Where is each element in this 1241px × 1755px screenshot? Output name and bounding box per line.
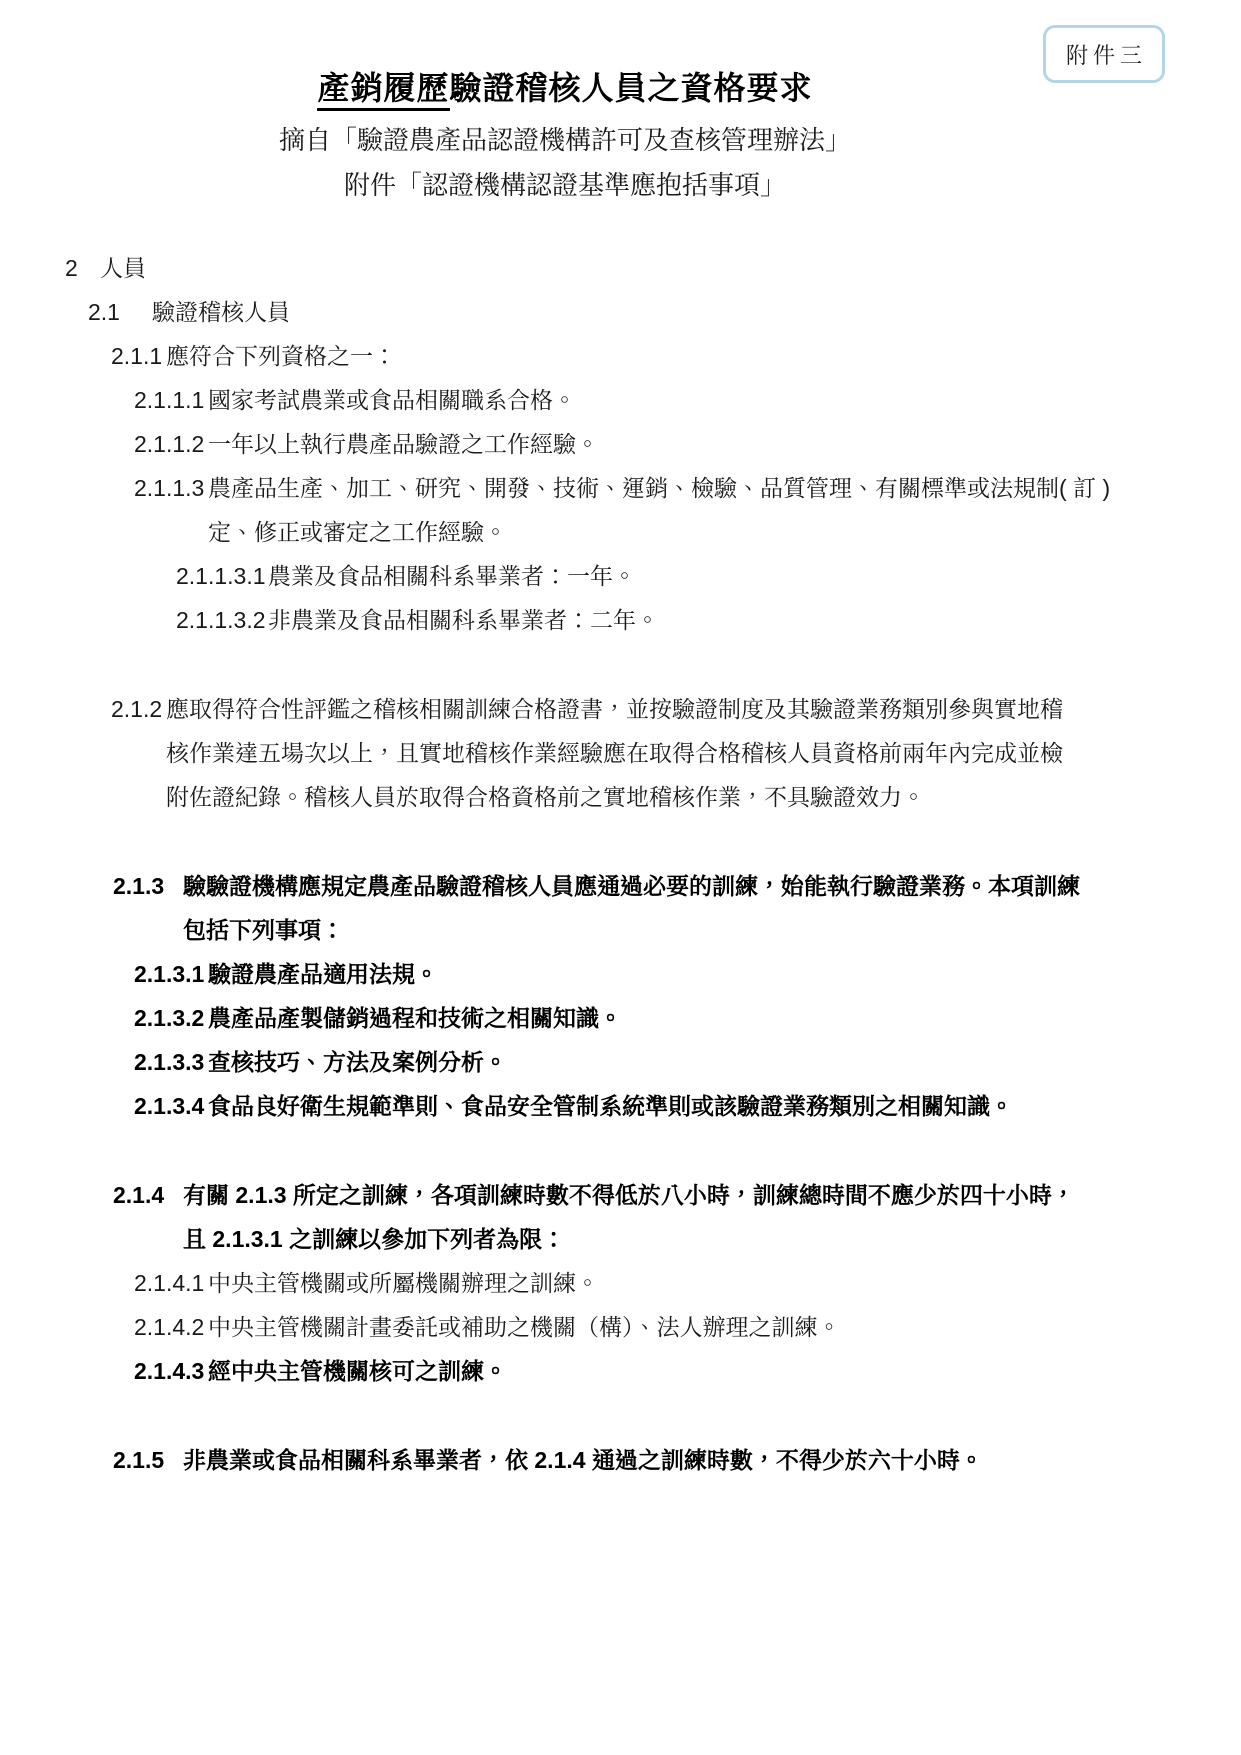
section-line: 農產品產製儲銷過程和技術之相關知識。 <box>208 996 1146 1040</box>
section-number: 2.1.4.3 <box>134 1349 204 1393</box>
title-underlined-text: 產銷履歷 <box>317 70 449 111</box>
section-line: 查核技巧、方法及案例分析。 <box>208 1040 1146 1084</box>
section-row: 2.1.1.3 農產品生產、加工、研究、開發、技術、運銷、檢驗、品質管理、有關標… <box>0 466 1241 554</box>
section-line: 包括下列事項： <box>183 908 1146 952</box>
section-line: 定、修正或審定之工作經驗。 <box>208 510 1146 554</box>
section-line: 應符合下列資格之一： <box>166 334 1146 378</box>
document-title: 產銷履歷驗證稽核人員之資格要求 <box>0 66 1130 110</box>
section-number: 2.1.1.3.1 <box>176 554 266 598</box>
section-row: 2 人員 <box>0 246 1241 290</box>
section-lines: 人員 <box>100 246 1146 290</box>
section-line: 驗驗證機構應規定農產品驗證稽核人員應通過必要的訓練，始能執行驗證業務。本項訓練 <box>183 864 1146 908</box>
section-line: 食品良好衛生規範準則、食品安全管制系統準則或該驗證業務類別之相關知識。 <box>208 1084 1146 1128</box>
section-lines: 農產品生產、加工、研究、開發、技術、運銷、檢驗、品質管理、有關標準或法規制( 訂… <box>208 466 1146 554</box>
section-row: 2.1.1.3.1 農業及食品相關科系畢業者：一年。 <box>0 554 1241 598</box>
section-line: 應取得符合性評鑑之稽核相關訓練合格證書，並按驗證制度及其驗證業務類別參與實地稽 <box>166 687 1146 731</box>
section-lines: 驗證農產品適用法規。 <box>208 952 1146 996</box>
section-lines: 經中央主管機關核可之訓練。 <box>208 1349 1146 1393</box>
section-line: 農產品生產、加工、研究、開發、技術、運銷、檢驗、品質管理、有關標準或法規制( 訂… <box>208 466 1146 510</box>
document-page: 附件三 產銷履歷驗證稽核人員之資格要求 摘自「驗證農產品認證機構許可及查核管理辦… <box>0 0 1241 1755</box>
section-number: 2.1.3.1 <box>134 952 204 996</box>
section-row: 2.1.1 應符合下列資格之一： <box>0 334 1241 378</box>
section-line: 非農業或食品相關科系畢業者，依 2.1.4 通過之訓練時數，不得少於六十小時。 <box>183 1438 1146 1482</box>
section-line: 驗證農產品適用法規。 <box>208 952 1146 996</box>
section-lines: 農產品產製儲銷過程和技術之相關知識。 <box>208 996 1146 1040</box>
section-lines: 查核技巧、方法及案例分析。 <box>208 1040 1146 1084</box>
section-row: 2.1.3 驗驗證機構應規定農產品驗證稽核人員應通過必要的訓練，始能執行驗證業務… <box>0 864 1241 952</box>
section-line: 農業及食品相關科系畢業者：一年。 <box>268 554 1146 598</box>
section-line: 國家考試農業或食品相關職系合格。 <box>208 378 1146 422</box>
section-row: 2.1.3.4 食品良好衛生規範準則、食品安全管制系統準則或該驗證業務類別之相關… <box>0 1084 1241 1128</box>
section-line: 非農業及食品相關科系畢業者：二年。 <box>268 598 1146 642</box>
title-block: 產銷履歷驗證稽核人員之資格要求 摘自「驗證農產品認證機構許可及查核管理辦法」 附… <box>0 0 1130 204</box>
document-body: 2 人員 2.1 驗證稽核人員 2.1.1 應符合下列資格之一： 2.1.1.1… <box>0 246 1241 1482</box>
section-row: 2.1.1.2 一年以上執行農產品驗證之工作經驗。 <box>0 422 1241 466</box>
section-number: 2.1.4 <box>113 1173 164 1217</box>
document-subtitle-source: 摘自「驗證農產品認證機構許可及查核管理辦法」 <box>0 121 1130 159</box>
section-row: 2.1.4 有關 2.1.3 所定之訓練，各項訓練時數不得低於八小時，訓練總時間… <box>0 1173 1241 1261</box>
section-row: 2.1.4.2 中央主管機關計畫委託或補助之機關（構）、法人辦理之訓練。 <box>0 1305 1241 1349</box>
section-number: 2.1.1 <box>111 334 162 378</box>
section-number: 2.1.1.3.2 <box>176 598 266 642</box>
section-line: 一年以上執行農產品驗證之工作經驗。 <box>208 422 1146 466</box>
section-row: 2.1.4.1 中央主管機關或所屬機關辦理之訓練。 <box>0 1261 1241 1305</box>
section-number: 2.1.1.3 <box>134 466 204 510</box>
attachment-tag-box: 附件三 <box>1043 25 1165 83</box>
section-line: 人員 <box>100 246 1146 290</box>
section-line: 附佐證紀錄。稽核人員於取得合格資格前之實地稽核作業，不具驗證效力。 <box>166 775 1146 819</box>
section-row: 2.1 驗證稽核人員 <box>0 290 1241 334</box>
section-line: 核作業達五場次以上，且實地稽核作業經驗應在取得合格稽核人員資格前兩年內完成並檢 <box>166 731 1146 775</box>
section-row: 2.1.3.2 農產品產製儲銷過程和技術之相關知識。 <box>0 996 1241 1040</box>
section-row: 2.1.2 應取得符合性評鑑之稽核相關訓練合格證書，並按驗證制度及其驗證業務類別… <box>0 687 1241 819</box>
section-lines: 非農業或食品相關科系畢業者，依 2.1.4 通過之訓練時數，不得少於六十小時。 <box>183 1438 1146 1482</box>
section-number: 2.1.3.3 <box>134 1040 204 1084</box>
section-number: 2.1.3.2 <box>134 996 204 1040</box>
attachment-tag-label: 附件三 <box>1061 39 1147 70</box>
section-lines: 一年以上執行農產品驗證之工作經驗。 <box>208 422 1146 466</box>
section-row: 2.1.3.3 查核技巧、方法及案例分析。 <box>0 1040 1241 1084</box>
section-number: 2.1 <box>88 290 120 334</box>
section-number: 2.1.3 <box>113 864 164 908</box>
section-line: 有關 2.1.3 所定之訓練，各項訓練時數不得低於八小時，訓練總時間不應少於四十… <box>183 1173 1146 1217</box>
title-rest-text: 驗證稽核人員之資格要求 <box>450 70 813 106</box>
section-lines: 應取得符合性評鑑之稽核相關訓練合格證書，並按驗證制度及其驗證業務類別參與實地稽核… <box>166 687 1146 819</box>
document-subtitle-attachment: 附件「認證機構認證基準應抱括事項」 <box>0 166 1130 204</box>
section-number: 2.1.1.1 <box>134 378 204 422</box>
section-number: 2.1.2 <box>111 687 162 731</box>
section-number: 2.1.4.1 <box>134 1261 204 1305</box>
section-number: 2.1.1.2 <box>134 422 204 466</box>
section-number: 2.1.5 <box>113 1438 164 1482</box>
section-line: 且 2.1.3.1 之訓練以參加下列者為限： <box>183 1217 1146 1261</box>
section-line: 經中央主管機關核可之訓練。 <box>208 1349 1146 1393</box>
section-row: 2.1.1.3.2 非農業及食品相關科系畢業者：二年。 <box>0 598 1241 642</box>
section-row: 2.1.5 非農業或食品相關科系畢業者，依 2.1.4 通過之訓練時數，不得少於… <box>0 1438 1241 1482</box>
section-lines: 中央主管機關或所屬機關辦理之訓練。 <box>208 1261 1146 1305</box>
section-lines: 國家考試農業或食品相關職系合格。 <box>208 378 1146 422</box>
section-lines: 應符合下列資格之一： <box>166 334 1146 378</box>
section-lines: 有關 2.1.3 所定之訓練，各項訓練時數不得低於八小時，訓練總時間不應少於四十… <box>183 1173 1146 1261</box>
section-number: 2.1.3.4 <box>134 1084 204 1128</box>
section-lines: 食品良好衛生規範準則、食品安全管制系統準則或該驗證業務類別之相關知識。 <box>208 1084 1146 1128</box>
section-lines: 農業及食品相關科系畢業者：一年。 <box>268 554 1146 598</box>
section-row: 2.1.3.1 驗證農產品適用法規。 <box>0 952 1241 996</box>
section-lines: 驗驗證機構應規定農產品驗證稽核人員應通過必要的訓練，始能執行驗證業務。本項訓練包… <box>183 864 1146 952</box>
section-line: 中央主管機關計畫委託或補助之機關（構）、法人辦理之訓練。 <box>208 1305 1146 1349</box>
section-row: 2.1.1.1 國家考試農業或食品相關職系合格。 <box>0 378 1241 422</box>
section-lines: 非農業及食品相關科系畢業者：二年。 <box>268 598 1146 642</box>
section-row: 2.1.4.3 經中央主管機關核可之訓練。 <box>0 1349 1241 1393</box>
section-lines: 驗證稽核人員 <box>152 290 1146 334</box>
section-line: 驗證稽核人員 <box>152 290 1146 334</box>
section-line: 中央主管機關或所屬機關辦理之訓練。 <box>208 1261 1146 1305</box>
section-lines: 中央主管機關計畫委託或補助之機關（構）、法人辦理之訓練。 <box>208 1305 1146 1349</box>
section-number: 2 <box>65 246 78 290</box>
section-number: 2.1.4.2 <box>134 1305 204 1349</box>
